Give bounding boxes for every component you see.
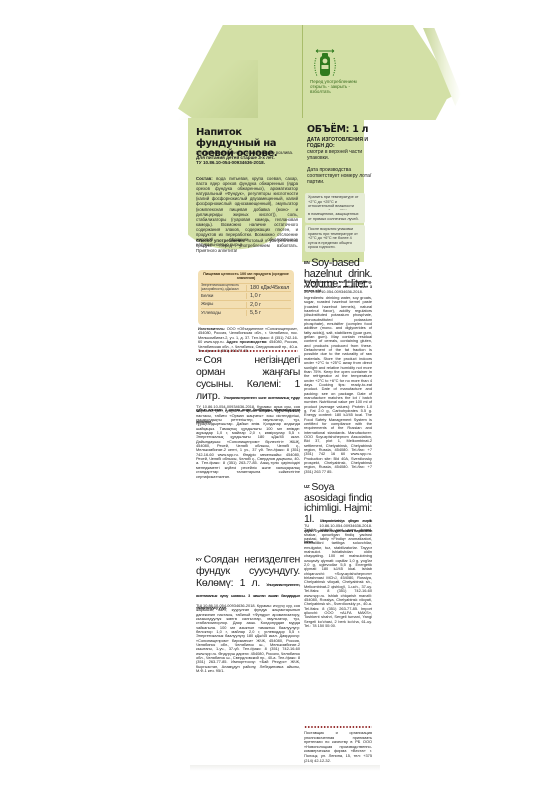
nutrition-label: Углеводы bbox=[201, 311, 246, 316]
shake-caption: Перед употреблением открыть - закрыть - … bbox=[310, 79, 370, 94]
storage-box-2: в помещениях, защищенных от прямых солне… bbox=[305, 210, 365, 223]
product-subtitle-ru: Ультрапастеризованный асептического розл… bbox=[196, 150, 298, 165]
carton-bottom-edge bbox=[190, 765, 380, 771]
nutrition-label: Энергетическая ценность (калорийность), … bbox=[201, 284, 246, 291]
tu-code: ТУ 10.86.10-054-00934636-2018. bbox=[196, 160, 298, 165]
nutrition-value: 2,0 г bbox=[246, 302, 291, 308]
composition-ru: Состав: вода питьевая, крупа соевая, сах… bbox=[196, 176, 298, 247]
nutrition-row: Углеводы 5,5 г bbox=[201, 308, 291, 317]
nutrition-header: Пищевая ценность 100 мл продукта (средни… bbox=[201, 272, 291, 281]
volume-label: ОБЪЁМ: 1 л bbox=[307, 124, 368, 135]
lot-text: Дата производства соответствует номеру л… bbox=[307, 168, 377, 185]
nutrition-label: Жиры bbox=[201, 302, 246, 307]
title-text: Соя негізіндегі орман жаңғағы сусыны. Кө… bbox=[196, 354, 300, 402]
manufacturer-label: Изготовитель: bbox=[198, 327, 225, 331]
carton-fold-line bbox=[302, 25, 303, 120]
body-text-kz: ТУ 10.86.10-054-00934636-2018. Құрамы: а… bbox=[196, 405, 300, 545]
tu-code-en: TU 10.86.10-054-00934636-2018. bbox=[304, 290, 372, 295]
nutrition-value: 5,5 г bbox=[246, 310, 291, 316]
lang-code-ky: KY bbox=[196, 557, 202, 562]
usage-ru: Способ употребления: готовый к употребле… bbox=[196, 238, 298, 253]
date-text: смотри в верхней части упаковки. bbox=[307, 150, 377, 162]
shake-bottle-icon bbox=[310, 48, 340, 80]
production-label: Адрес производства: bbox=[226, 340, 267, 344]
composition-text: вода питьевая, крупа соевая, сахар, паст… bbox=[196, 176, 298, 247]
nutrition-value: 180 кДж/45ккал bbox=[246, 285, 291, 291]
body-text-uz: TU 10.86.10-054-00934636-2018. Tarkibi: … bbox=[304, 524, 372, 720]
body-text-ky: ТШ 10.86.10-054-00934636-2018. Курамы: и… bbox=[196, 604, 300, 764]
nutrition-value: 1,0 г bbox=[246, 293, 291, 299]
nutrition-row: Энергетическая ценность (калорийность), … bbox=[201, 283, 291, 292]
nutrition-row: Жиры 2,0 г bbox=[201, 300, 291, 309]
lang-code-en: EN bbox=[304, 260, 309, 265]
storage-box-3: После вскрытия упаковки хранить при темп… bbox=[305, 225, 365, 252]
date-heading: ДАТА ИЗГОТОВЛЕНИЯ И ГОДЕН ДО: bbox=[307, 138, 377, 149]
dotted-divider bbox=[198, 350, 298, 352]
lang-code-uz: UZ bbox=[304, 484, 309, 489]
nutrition-table: Пищевая ценность 100 мл продукта (средни… bbox=[198, 270, 294, 325]
belarus-supplier-note: Поставщик и организация уполномоченная п… bbox=[304, 731, 372, 763]
body-text-en: Ingredients: drinking water, soy groats,… bbox=[304, 296, 372, 478]
lang-code-kz: KZ bbox=[196, 357, 201, 362]
nutrition-label: Белки bbox=[201, 294, 246, 299]
nutrition-row: Белки 1,0 г bbox=[201, 291, 291, 300]
dotted-divider bbox=[304, 726, 372, 728]
